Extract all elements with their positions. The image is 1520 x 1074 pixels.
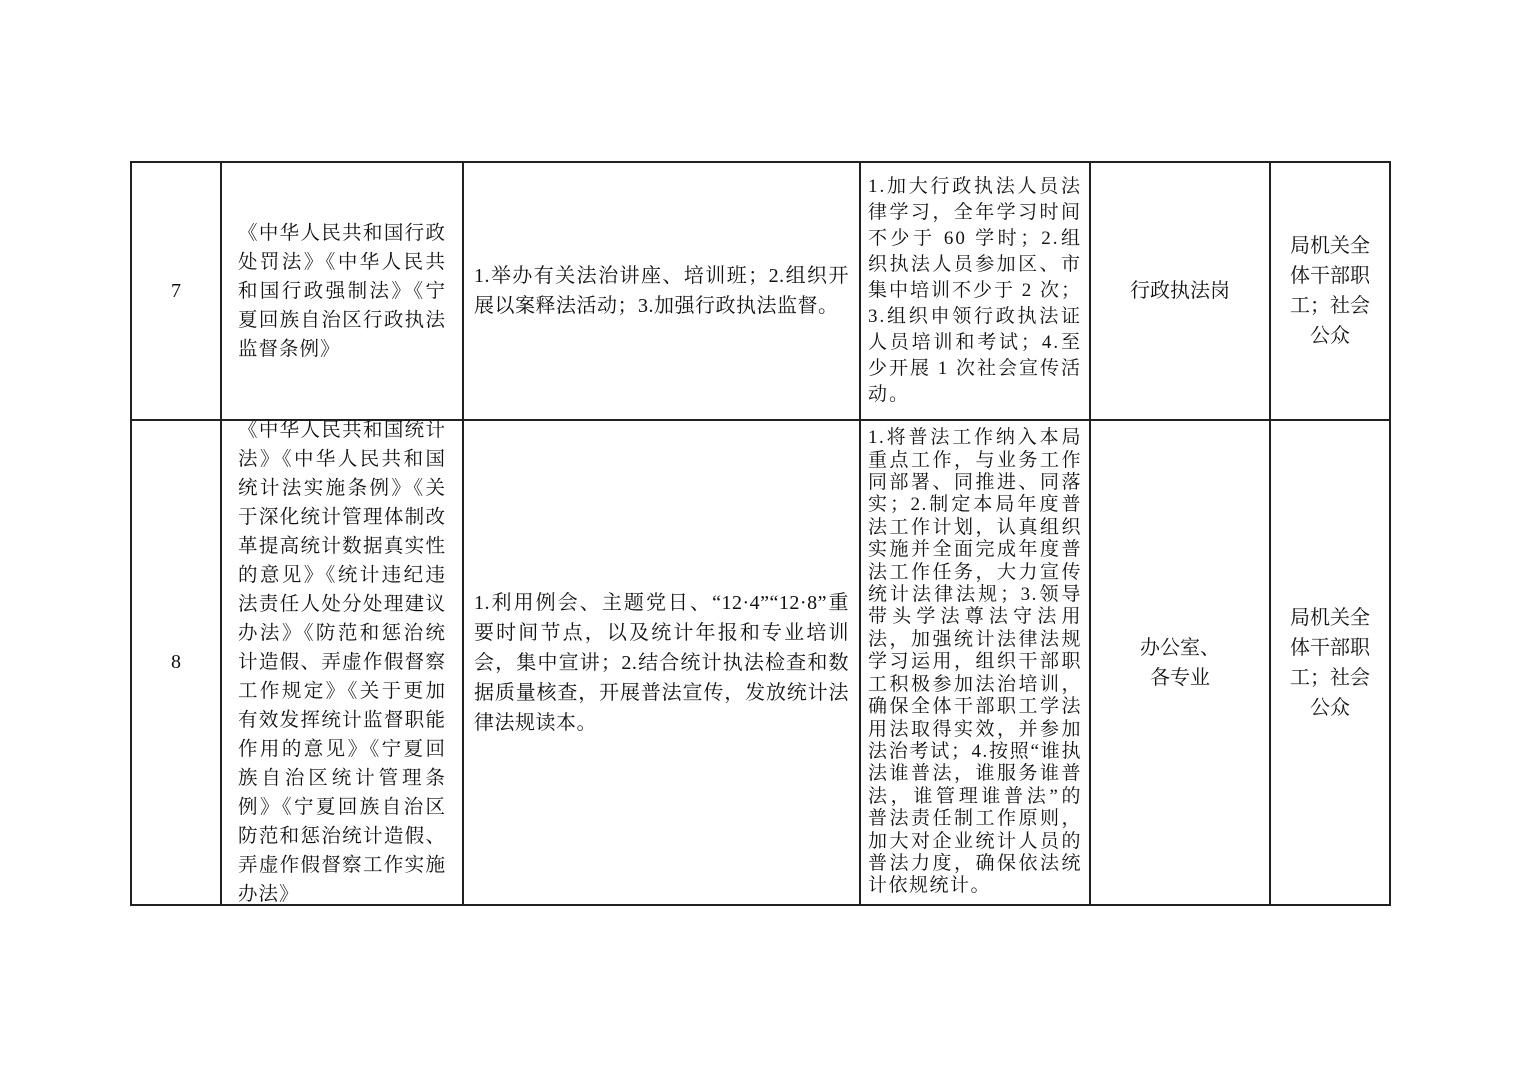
laws-cell: 《中华人民共和国行政处罚法》《中华人民共和国行政强制法》《宁夏回族自治区行政执法… <box>222 163 464 421</box>
measures-cell: 1.将普法工作纳入本局重点工作，与业务工作同部署、同推进、同落实；2.制定本局年… <box>861 421 1091 904</box>
measures-text: 1.将普法工作纳入本局重点工作，与业务工作同部署、同推进、同落实；2.制定本局年… <box>868 427 1082 898</box>
department-text: 办公室、 各专业 <box>1091 633 1269 693</box>
audience-cell: 局机关全体干部职工；社会公众 <box>1271 163 1389 421</box>
activities-text: 1.利用例会、主题党日、“12·4”“12·8”重要时间节点，以及统计年报和专业… <box>474 588 849 738</box>
audience-cell: 局机关全体干部职工；社会公众 <box>1271 421 1389 904</box>
activities-cell: 1.利用例会、主题党日、“12·4”“12·8”重要时间节点，以及统计年报和专业… <box>464 421 861 904</box>
department-cell: 行政执法岗 <box>1091 163 1271 421</box>
department-text: 行政执法岗 <box>1091 276 1269 306</box>
laws-text: 《中华人民共和国行政处罚法》《中华人民共和国行政强制法》《宁夏回族自治区行政执法… <box>238 219 446 364</box>
activities-text: 1.举办有关法治讲座、培训班；2.组织开展以案释法活动；3.加强行政执法监督。 <box>474 261 849 321</box>
table-row-7: 7 《中华人民共和国行政处罚法》《中华人民共和国行政强制法》《宁夏回族自治区行政… <box>132 163 1389 421</box>
measures-text: 1.加大行政执法人员法律学习，全年学习时间不少于 60 学时；2.组织执法人员参… <box>868 174 1082 408</box>
row-number: 8 <box>132 651 220 674</box>
document-page: 7 《中华人民共和国行政处罚法》《中华人民共和国行政强制法》《宁夏回族自治区行政… <box>0 0 1520 1074</box>
row-number: 7 <box>132 280 220 303</box>
row-number-cell: 8 <box>132 421 222 904</box>
measures-cell: 1.加大行政执法人员法律学习，全年学习时间不少于 60 学时；2.组织执法人员参… <box>861 163 1091 421</box>
department-cell: 办公室、 各专业 <box>1091 421 1271 904</box>
laws-cell: 《中华人民共和国统计法》《中华人民共和国统计法实施条例》《关于深化统计管理体制改… <box>222 421 464 904</box>
table-row-8: 8 《中华人民共和国统计法》《中华人民共和国统计法实施条例》《关于深化统计管理体… <box>132 421 1389 904</box>
row-number-cell: 7 <box>132 163 222 421</box>
legal-education-table: 7 《中华人民共和国行政处罚法》《中华人民共和国行政强制法》《宁夏回族自治区行政… <box>130 161 1391 906</box>
audience-text: 局机关全体干部职工；社会公众 <box>1287 603 1373 723</box>
activities-cell: 1.举办有关法治讲座、培训班；2.组织开展以案释法活动；3.加强行政执法监督。 <box>464 163 861 421</box>
laws-text: 《中华人民共和国统计法》《中华人民共和国统计法实施条例》《关于深化统计管理体制改… <box>238 421 446 904</box>
audience-text: 局机关全体干部职工；社会公众 <box>1287 231 1373 351</box>
